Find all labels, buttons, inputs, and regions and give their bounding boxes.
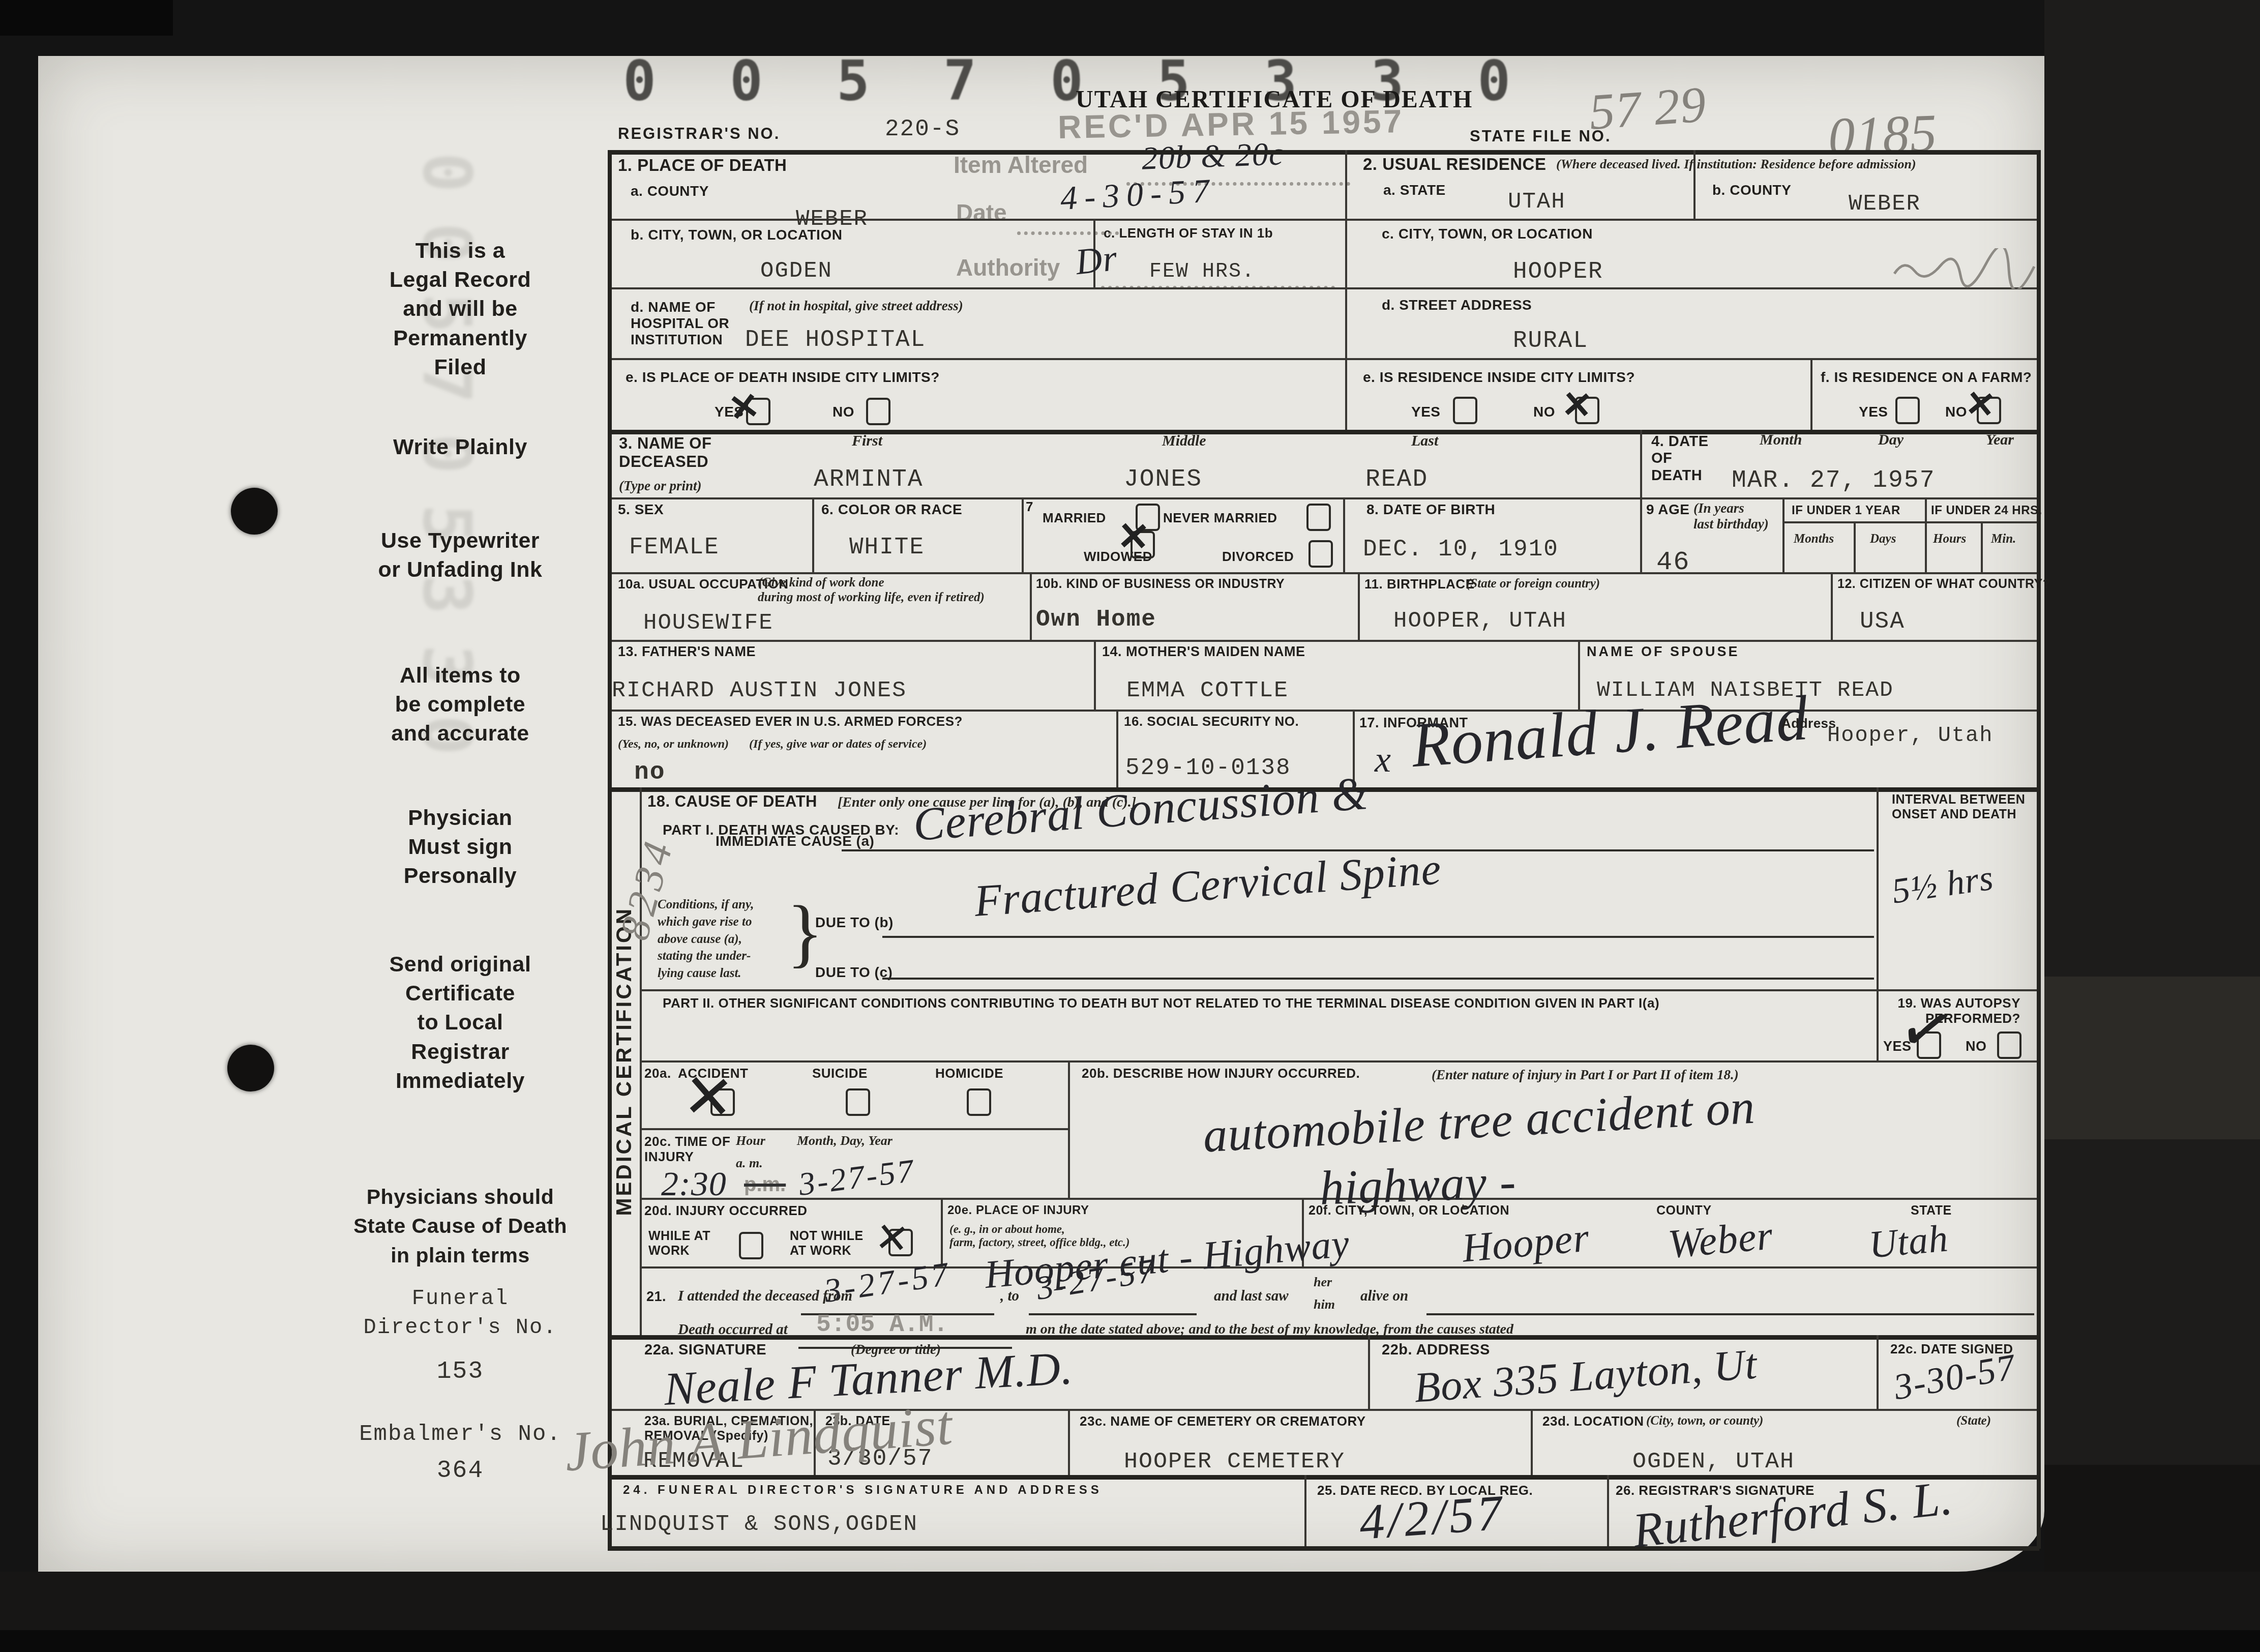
- field-9-under1yr-header: IF UNDER 1 YEAR: [1792, 504, 1900, 518]
- injury-county-handwritten: Weber: [1666, 1212, 1775, 1268]
- to-text: , to: [1000, 1288, 1019, 1305]
- field-2a-label: a. STATE: [1383, 182, 1446, 198]
- field-14-label: 14. MOTHER'S MAIDEN NAME: [1102, 644, 1305, 660]
- field-23d-value: OGDEN, UTAH: [1632, 1449, 1795, 1475]
- cause-line-b: [882, 936, 1874, 938]
- field-9-min-header: Min.: [1991, 532, 2016, 547]
- field-7-never-married-label: NEVER MARRIED: [1163, 511, 1277, 526]
- field-20b-note: (Enter nature of injury in Part I or Par…: [1432, 1067, 1739, 1083]
- field-1e-no-label: NO: [832, 404, 854, 420]
- field-16-label: 16. SOCIAL SECURITY NO.: [1124, 714, 1299, 729]
- grid-line: [640, 989, 2037, 991]
- informant-signature: Ronald J. Read: [1409, 682, 1810, 783]
- grid-line: [1358, 572, 1360, 640]
- field-23c-value: HOOPER CEMETERY: [1124, 1449, 1345, 1475]
- grid-line: [1343, 497, 1345, 572]
- alive-on-text: alive on: [1360, 1288, 1408, 1305]
- grid-line: [1607, 1475, 1609, 1546]
- pencil-scribble: [1889, 248, 2042, 289]
- grid-line: [1030, 572, 1032, 640]
- scan-edge-bottom-dark: [0, 1630, 2260, 1652]
- field-19-no-label: NO: [1966, 1039, 1987, 1054]
- field-11-value: HOOPER, UTAH: [1393, 608, 1567, 634]
- x-mark-icon: ✕: [680, 1060, 736, 1135]
- field-3-first-header: First: [852, 432, 882, 450]
- last-saw-text: and last saw: [1214, 1288, 1289, 1305]
- grid-line: [608, 150, 2039, 155]
- her-text: her: [1314, 1275, 1332, 1290]
- field-7-married-label: MARRIED: [1043, 511, 1106, 526]
- hour-header: Hour: [736, 1133, 765, 1148]
- pm-struck-text: p.m.: [744, 1173, 786, 1196]
- field-9-months-header: Months: [1794, 532, 1834, 547]
- grid-line: [608, 572, 2037, 574]
- interval-value-handwritten: 5½ hrs: [1889, 858, 1996, 912]
- field-18-label: 18. CAUSE OF DEATH: [647, 792, 817, 811]
- margin-note-complete: All items to be complete and accurate: [298, 661, 623, 749]
- field-1e-label: e. IS PLACE OF DEATH INSIDE CITY LIMITS?: [626, 369, 940, 386]
- grid-line: [1531, 1409, 1533, 1475]
- grid-line: [608, 497, 2037, 499]
- field-1-title: 1. PLACE OF DEATH: [618, 156, 787, 175]
- field-12-label: 12. CITIZEN OF WHAT COUNTRY?: [1837, 577, 2051, 592]
- margin-note-legal-record: This is a Legal Record and will be Perma…: [298, 237, 623, 382]
- field-10a-value: HOUSEWIFE: [643, 610, 774, 636]
- field-spouse-label: NAME OF SPOUSE: [1587, 644, 1740, 660]
- field-17-address-value: Hooper, Utah: [1827, 723, 1993, 748]
- checkbox: [739, 1232, 763, 1259]
- field-2e-no-label: NO: [1533, 404, 1555, 420]
- grid-line: [1116, 710, 1118, 787]
- x-mark-icon: ✕: [1116, 513, 1151, 560]
- x-mark-icon: ✕: [873, 1213, 911, 1264]
- attended-from-handwritten: 3-27-57: [822, 1255, 954, 1311]
- field-20f-label: 20f. CITY, TOWN, OR LOCATION: [1309, 1203, 1509, 1218]
- grid-line: [1345, 150, 1347, 430]
- field-2-title: 2. USUAL RESIDENCE: [1363, 155, 1546, 174]
- field-22a-label: 22a. SIGNATURE: [644, 1342, 766, 1359]
- grid-line: [608, 710, 2037, 712]
- margin-note-typewriter: Use Typewriter or Unfading Ink: [282, 526, 638, 584]
- field-10a-note: (Give kind of work done during most of w…: [758, 576, 985, 605]
- field-5-value: FEMALE: [629, 534, 720, 561]
- field-2b-label: b. COUNTY: [1712, 182, 1791, 198]
- field-2b-value: WEBER: [1849, 191, 1921, 217]
- field-1b-value: OGDEN: [760, 258, 832, 284]
- field-23d-label: 23d. LOCATION: [1542, 1414, 1644, 1429]
- suicide-label: SUICIDE: [812, 1066, 868, 1081]
- item-altered-value-handwritten: 20b & 20c: [1141, 135, 1285, 177]
- am-header: a. m.: [736, 1156, 763, 1171]
- field-23c-label: 23c. NAME OF CEMETERY OR CREMATORY: [1080, 1414, 1366, 1429]
- checkbox: [866, 398, 890, 425]
- grid-line: [1810, 358, 1812, 430]
- field-10b-value: Own Home: [1036, 606, 1156, 633]
- field-3-middle-value: JONES: [1124, 466, 1202, 494]
- grid-line: [608, 358, 2037, 360]
- field-15-note2: (If yes, give war or dates of service): [749, 737, 927, 752]
- funeral-directors-no-value: 153: [272, 1358, 648, 1386]
- date-stamp-label: Date: [956, 199, 1007, 226]
- field-20d-label: 20d. INJURY OCCURRED: [644, 1203, 808, 1219]
- field-2d-value: RURAL: [1513, 328, 1588, 355]
- field-3-middle-header: Middle: [1162, 432, 1206, 450]
- grid-line: [1068, 1060, 1070, 1198]
- registrars-no-label: REGISTRAR'S NO.: [618, 125, 780, 143]
- date-received-handwritten: 4/2/57: [1357, 1484, 1507, 1551]
- field-7-number: 7: [1026, 499, 1033, 515]
- due-to-b-label: DUE TO (b): [815, 914, 894, 931]
- grid-line: [1022, 497, 1024, 572]
- grid-line: [608, 430, 2037, 434]
- field-9-under24hrs-header: IF UNDER 24 HRS.: [1931, 504, 2042, 518]
- grid-line: [1640, 430, 1642, 572]
- homicide-label: HOMICIDE: [935, 1066, 1003, 1081]
- field-1d-label: d. NAME OF HOSPITAL OR INSTITUTION: [631, 299, 729, 348]
- punch-hole: [231, 488, 278, 535]
- field-11-note: (State or foreign country): [1466, 577, 1600, 592]
- certificate-title: UTAH CERTIFICATE OF DEATH: [1076, 85, 1473, 113]
- field-15-value: no: [634, 759, 666, 787]
- field-20e-label: 20e. PLACE OF INJURY: [947, 1203, 1089, 1218]
- checkbox: [1306, 504, 1331, 531]
- checkbox: [1997, 1031, 2021, 1059]
- field-8-value: DEC. 10, 1910: [1363, 536, 1559, 563]
- field-4-month-header: Month: [1760, 431, 1802, 449]
- field-24-typed-value: LINDQUIST & SONS,OGDEN: [600, 1512, 918, 1538]
- grid-line: [640, 1060, 2037, 1063]
- field-2a-value: UTAH: [1508, 189, 1566, 215]
- field-13-label: 13. FATHER'S NAME: [618, 644, 756, 660]
- field-15-label: 15. WAS DECEASED EVER IN U.S. ARMED FORC…: [618, 714, 963, 729]
- field-24-label: 24. FUNERAL DIRECTOR'S SIGNATURE AND ADD…: [623, 1483, 1103, 1497]
- field-2e-yes-label: YES: [1411, 404, 1441, 420]
- margin-note-plain-terms: Physicians should State Cause of Death i…: [272, 1183, 648, 1270]
- field-2c-value: HOOPER: [1513, 258, 1603, 285]
- grid-line: [2037, 150, 2041, 1549]
- field-23d-note: (City, town, or county): [1646, 1414, 1763, 1429]
- death-statement-text: m on the date stated above; and to the b…: [1026, 1321, 1513, 1338]
- checkbox: [1895, 397, 1920, 424]
- grid-line: [1877, 1335, 1879, 1409]
- field-15-note1: (Yes, no, or unknown): [618, 737, 729, 752]
- grid-line: [812, 497, 814, 572]
- funeral-directors-no-label: Funeral Director's No.: [272, 1284, 648, 1342]
- field-4-year-header: Year: [1986, 431, 2014, 449]
- state-file-no-handwritten-left: 57 29: [1587, 75, 1708, 141]
- blank-line: [1029, 1313, 1197, 1315]
- field-2e-label: e. IS RESIDENCE INSIDE CITY LIMITS?: [1363, 369, 1635, 386]
- field-6-value: WHITE: [849, 534, 925, 561]
- grid-line: [608, 1546, 2039, 1551]
- field-4-day-header: Day: [1878, 431, 1904, 449]
- injury-city-handwritten: Hooper: [1460, 1214, 1591, 1272]
- grid-line: [1068, 1409, 1070, 1475]
- death-occurred-text: Death occurred at: [678, 1321, 788, 1338]
- time-of-injury-handwritten: 2:30: [661, 1164, 727, 1203]
- field-13-value: RICHARD AUSTIN JONES: [612, 677, 907, 704]
- field-1c-value: FEW HRS.: [1149, 260, 1255, 284]
- checkbox: [1453, 397, 1477, 424]
- him-text: him: [1314, 1297, 1335, 1312]
- field-21-number: 21.: [646, 1289, 666, 1305]
- grid-line: [1094, 640, 1096, 710]
- grid-line: [608, 287, 2037, 289]
- certificate-paper: 005705330 This is a Legal Record and wil…: [38, 56, 2044, 1572]
- field-3-first-value: ARMINTA: [814, 466, 924, 494]
- x-mark-icon: ✕: [726, 383, 762, 431]
- date-of-injury-handwritten: 3-27-57: [796, 1152, 917, 1203]
- field-1d-note: (If not in hospital, give street address…: [749, 298, 963, 314]
- field-20b-label: 20b. DESCRIBE HOW INJURY OCCURRED.: [1082, 1066, 1360, 1081]
- month-day-year-header: Month, Day, Year: [797, 1133, 893, 1148]
- field-9-value: 46: [1656, 547, 1690, 578]
- checkbox: [1309, 540, 1333, 568]
- field-6-label: 6. COLOR OR RACE: [821, 501, 962, 518]
- margin-note-physician-sign: Physician Must sign Personally: [298, 804, 623, 891]
- field-14-value: EMMA COTTLE: [1126, 677, 1289, 704]
- field-1c-handwritten: Dr: [1074, 237, 1119, 283]
- authority-stamp-label: Authority: [956, 254, 1060, 281]
- field-9-hours-header: Hours: [1933, 532, 1966, 547]
- date-altered-value-handwritten: 4-30-57: [1059, 171, 1217, 218]
- field-9-label: 9 AGE: [1646, 501, 1690, 518]
- field-1b-label: b. CITY, TOWN, OR LOCATION: [631, 227, 842, 243]
- field-2f-label: f. IS RESIDENCE ON A FARM?: [1821, 369, 2032, 386]
- grid-line: [608, 640, 2037, 642]
- grid-line: [1782, 497, 1785, 572]
- grid-line: [608, 1475, 2039, 1480]
- scan-corner-dark: [0, 0, 173, 36]
- grid-line: [1981, 521, 1983, 572]
- injury-state-handwritten: Utah: [1867, 1216, 1950, 1267]
- field-3-last-header: Last: [1411, 432, 1438, 450]
- field-1a-label: a. COUNTY: [631, 183, 709, 199]
- margin-note-write-plainly: Write Plainly: [298, 435, 623, 460]
- county-header: COUNTY: [1656, 1203, 1712, 1218]
- field-2-note: (Where deceased lived. If institution: R…: [1556, 157, 1916, 172]
- field-5-label: 5. SEX: [618, 501, 664, 518]
- grid-line: [1925, 497, 1927, 572]
- field-20a-number: 20a.: [644, 1066, 671, 1081]
- medical-certification-label: MEDICAL CERTIFICATION: [612, 907, 636, 1216]
- registrars-no-value: 220-S: [885, 116, 960, 143]
- field-20c-label: 20c. TIME OF INJURY: [644, 1134, 730, 1165]
- part2-label: PART II. OTHER SIGNIFICANT CONDITIONS CO…: [663, 996, 1659, 1011]
- field-23d-state-note: (State): [1956, 1414, 1991, 1429]
- field-3-last-value: READ: [1365, 466, 1428, 494]
- field-4-title: 4. DATE OF DEATH: [1651, 433, 1709, 484]
- grid-line: [1877, 787, 1879, 1060]
- scanned-death-certificate: 005705330 This is a Legal Record and wil…: [0, 0, 2260, 1652]
- grid-line: [1304, 1475, 1306, 1546]
- item-altered-stamp: Item Altered: [954, 152, 1088, 179]
- field-22b-label: 22b. ADDRESS: [1382, 1342, 1490, 1359]
- grid-line: [1854, 521, 1856, 572]
- margin-note-send-original: Send original Certificate to Local Regis…: [298, 950, 623, 1096]
- field-2d-label: d. STREET ADDRESS: [1382, 297, 1532, 313]
- cause-line-c: [882, 978, 1874, 980]
- field-1c-label: c. LENGTH OF STAY IN 1b: [1104, 226, 1273, 241]
- immediate-cause-label: IMMEDIATE CAUSE (a): [716, 833, 874, 849]
- field-2c-label: c. CITY, TOWN, OR LOCATION: [1382, 226, 1593, 242]
- not-while-at-work-label: NOT WHILE AT WORK: [790, 1229, 864, 1258]
- field-12-value: USA: [1860, 608, 1905, 635]
- x-mark-icon: ✕: [1560, 382, 1594, 428]
- grid-line: [1368, 1335, 1370, 1409]
- field-4-value: MAR. 27, 1957: [1732, 467, 1935, 495]
- grid-line: [1782, 521, 2037, 523]
- informant-x-mark: x: [1375, 739, 1391, 781]
- field-2f-yes-label: YES: [1859, 404, 1888, 420]
- field-3-note: (Type or print): [619, 478, 701, 494]
- conditions-note: Conditions, if any, which gave rise to a…: [658, 896, 754, 982]
- cause-b-handwritten: Fractured Cervical Spine: [973, 843, 1443, 927]
- death-time-value: 5:05 A.M.: [816, 1311, 948, 1339]
- field-7-divorced-label: DIVORCED: [1222, 549, 1294, 565]
- scan-edge-right: [2044, 0, 2260, 1652]
- field-11-label: 11. BIRTHPLACE: [1364, 577, 1475, 592]
- field-10b-label: 10b. KIND OF BUSINESS OR INDUSTRY: [1036, 577, 1285, 592]
- field-9-note: (In years last birthday): [1693, 500, 1769, 532]
- punch-hole: [227, 1045, 274, 1091]
- interval-label: INTERVAL BETWEEN ONSET AND DEATH: [1892, 792, 2025, 822]
- brace-glyph: }: [787, 889, 823, 977]
- while-at-work-label: WHILE AT WORK: [648, 1229, 710, 1258]
- grid-line: [1831, 572, 1833, 640]
- x-mark-icon: ✕: [1964, 382, 1998, 427]
- due-to-c-label: DUE TO (c): [815, 964, 893, 981]
- field-1d-value: DEE HOSPITAL: [745, 327, 926, 353]
- checkbox: [846, 1088, 870, 1116]
- checkbox: [967, 1088, 991, 1116]
- field-8-label: 8. DATE OF BIRTH: [1366, 501, 1495, 518]
- blank-line: [1426, 1313, 2034, 1315]
- scan-edge-right-texture: [2044, 977, 2260, 1139]
- field-9-days-header: Days: [1870, 532, 1896, 547]
- injury-description-line1: automobile tree accident on: [1202, 1079, 1757, 1164]
- field-3-title: 3. NAME OF DECEASED: [619, 434, 711, 470]
